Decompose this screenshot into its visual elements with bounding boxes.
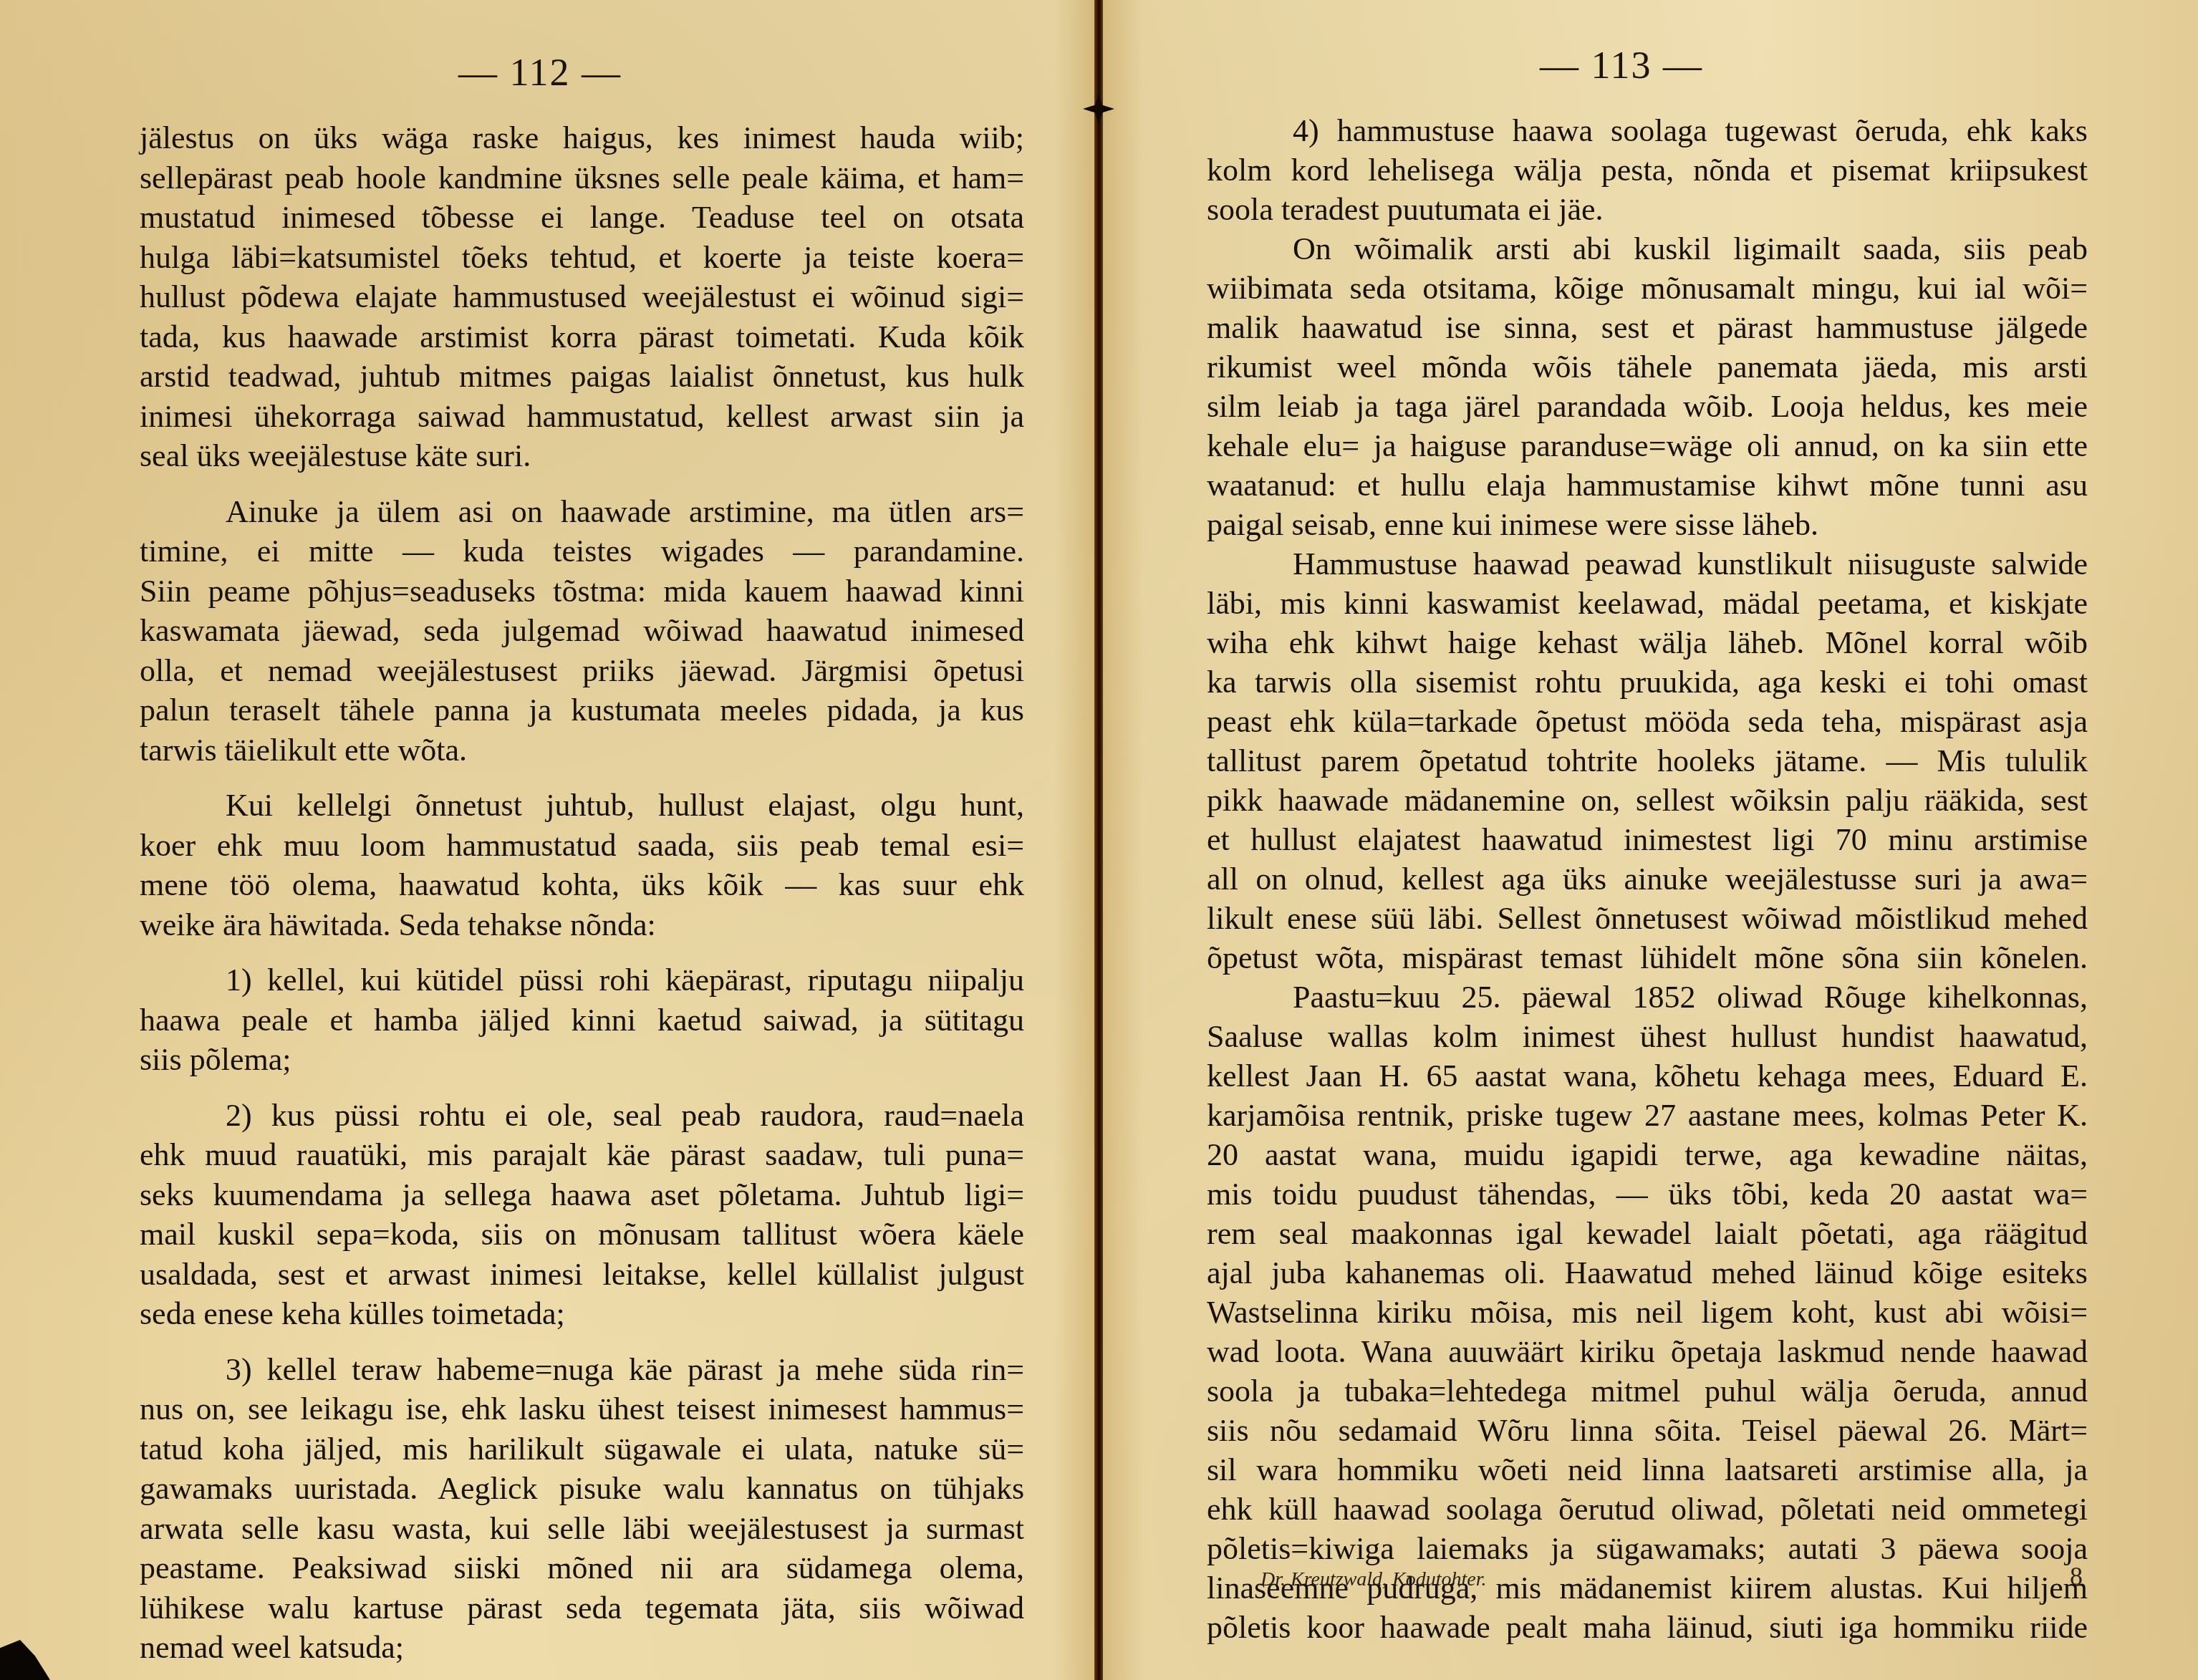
text-line: siis põlema; [140,1040,1024,1080]
signature-mark: 8 [2070,1561,2083,1591]
text-line: Wastselinna kiriku mõisa, mis neil ligem… [1207,1293,2088,1332]
text-line: tarwis täielikult ette wõta. [140,730,1024,771]
text-line: wad loota. Wana auuwäärt kiriku õpetaja … [1207,1332,2088,1371]
text-line: koer ehk muu loom hammustatud saada, sii… [140,826,1024,866]
text-line: sil wara hommiku wõeti neid linna laatsa… [1207,1450,2088,1490]
text-line: On wõimalik arsti abi kuskil ligimailt s… [1207,229,2088,269]
text-line: tada, kus haawade arstimist korra pärast… [140,317,1024,357]
text-line: ehk muud rauatüki, mis parajalt käe pära… [140,1135,1024,1175]
text-line: 1) kellel, kui kütidel püssi rohi käepär… [140,960,1024,1000]
text-line: et hullust elajatest haawatud inimestest… [1207,820,2088,859]
text-line: Saaluse wallas kolm inimest ühest hullus… [1207,1017,2088,1056]
text-line: kellest Jaan H. 65 aastat wana, kõhetu k… [1207,1056,2088,1096]
text-line: tatud koha jäljed, mis harilikult sügawa… [140,1429,1024,1469]
text-line: all on olnud, kellest aga üks ainuke wee… [1207,859,2088,899]
left-page: — 112 — jälestus on üks wäga raske haigu… [0,0,1099,1680]
text-line: seks kuumendama ja sellega haawa aset põ… [140,1175,1024,1215]
text-line: karjamõisa rentnik, priske tugew 27 aast… [1207,1096,2088,1135]
text-line: lühikese walu kartuse pärast seda tegema… [140,1588,1024,1628]
text-line: Hammustuse haawad peawad kunstlikult nii… [1207,544,2088,584]
text-line: rikumist weel mõnda wõis tähele panemata… [1207,347,2088,387]
text-line: timine, ei mitte — kuda teistes wigades … [140,531,1024,571]
text-line: wiibimata seda otsitama, kõige mõnusamal… [1207,269,2088,308]
text-line: haawa peale et hamba jäljed kinni kaetud… [140,1000,1024,1041]
book-gutter [1094,0,1103,1680]
text-line: sellepärast peab hoole kandmine üksnes s… [140,158,1024,198]
text-line: ajal juba kahanemas oli. Haawatud mehed … [1207,1253,2088,1293]
text-line: mene töö olema, haawatud kohta, üks kõik… [140,865,1024,905]
text-line: malik haawatud ise sinna, sest et pärast… [1207,308,2088,347]
book-spread: — 112 — jälestus on üks wäga raske haigu… [0,0,2198,1680]
text-line: kehale elu= ja haiguse paranduse=wäge ol… [1207,426,2088,465]
text-line: likult enese süü läbi. Sellest õnnetuses… [1207,899,2088,938]
text-line: 3) kellel teraw habeme=nuga käe pärast j… [140,1350,1024,1390]
text-line: mustatud inimesed tõbesse ei lange. Tead… [140,198,1024,238]
text-line: kolm kord lehelisega wälja pesta, nõnda … [1207,150,2088,190]
text-line: mail kuskil sepa=koda, siis on mõnusam t… [140,1215,1024,1255]
text-line: hulga läbi=katsumistel tõeks tehtud, et … [140,238,1024,278]
text-line: siis nõu sedamaid Wõru linna sõita. Teis… [1207,1411,2088,1450]
text-line: Kui kellelgi õnnetust juhtub, hullust el… [140,786,1024,826]
text-line: pikk haawade mädanemine on, sellest wõik… [1207,781,2088,820]
right-page-body: 4) hammustuse haawa soolaga tugewast õer… [1207,111,2088,1647]
text-line: põletis=kiwiga laiemaks ja sügawamaks; a… [1207,1529,2088,1568]
text-line: tallitust parem õpetatud tohtrite hoolek… [1207,741,2088,781]
text-line: kaswamata jäewad, seda julgemad wõiwad h… [140,611,1024,651]
text-line: silm leiab ja taga järel parandada wõib.… [1207,387,2088,426]
text-line: põletis koor haawade pealt maha läinud, … [1207,1608,2088,1647]
text-line: ehk küll haawad soolaga õerutud oliwad, … [1207,1490,2088,1529]
text-line: inimesi ühekorraga saiwad hammustatud, k… [140,397,1024,437]
text-line: Ainuke ja ülem asi on haawade arstimine,… [140,492,1024,532]
text-line: Paastu=kuu 25. päewal 1852 oliwad Rõuge … [1207,977,2088,1017]
text-line: jälestus on üks wäga raske haigus, kes i… [140,118,1024,158]
text-line: hullust põdewa elajate hammustused weejä… [140,277,1024,317]
text-line: seal üks weejälestuse käte suri. [140,436,1024,476]
text-line: mis toidu puudust tähendas, — üks tõbi, … [1207,1174,2088,1214]
text-line: nus on, see leikagu ise, ehk lasku ühest… [140,1389,1024,1429]
text-line: gawamaks uuristada. Aeglick pisuke walu … [140,1469,1024,1509]
page-number-113: — 113 — [1540,43,1703,87]
text-line: õpetust wõta, mispärast temast lühidelt … [1207,938,2088,977]
text-line: rem seal maakonnas igal kewadel laialt p… [1207,1214,2088,1253]
text-line: paigal seisab, enne kui inimese were sis… [1207,505,2088,544]
text-line: 4) hammustuse haawa soolaga tugewast õer… [1207,111,2088,150]
text-line: olla, et nemad weejälestusest priiks jäe… [140,651,1024,691]
text-line: waatanud: et hullu elaja hammustamise ki… [1207,465,2088,505]
text-line: palun teraselt tähele panna ja kustumata… [140,690,1024,730]
page-number-112: — 112 — [458,50,622,95]
text-line: seda enese keha külles toimetada; [140,1294,1024,1334]
text-line: läbi, mis kinni kaswamist keelawad, mäda… [1207,584,2088,623]
text-line: wiha ehk kihwt haige kehast wälja läheb.… [1207,623,2088,662]
text-line: 20 aastat wana, muidu igapidi terwe, aga… [1207,1135,2088,1174]
text-line: nemad weel katsuda; [140,1628,1024,1668]
text-line: ka tarwis olla sisemist rohtu pruukida, … [1207,662,2088,702]
text-line: weike ära häwitada. Seda tehakse nõnda: [140,905,1024,945]
text-line: Siin peame põhjus=seaduseks tõstma: mida… [140,571,1024,612]
text-line: 2) kus püssi rohtu ei ole, seal peab rau… [140,1096,1024,1136]
text-line: arwata selle kasu wasta, kui selle läbi … [140,1509,1024,1549]
text-line: arstid teadwad, juhtub mitmes paigas lai… [140,357,1024,397]
text-line: peastame. Peaksiwad siiski mõned nii ara… [140,1548,1024,1588]
text-line: peast ehk küla=tarkade õpetust mööda sed… [1207,702,2088,741]
left-page-body: jälestus on üks wäga raske haigus, kes i… [140,118,1024,1668]
text-line: usaldada, sest et arwast inimesi leitaks… [140,1255,1024,1295]
text-line: soola teradest puutumata ei jäe. [1207,190,2088,229]
text-line: soola ja tubaka=lehtedega mitmel puhul w… [1207,1371,2088,1411]
author-footer: Dr. Kreutzwald, Kodutohter. [1261,1568,1487,1591]
